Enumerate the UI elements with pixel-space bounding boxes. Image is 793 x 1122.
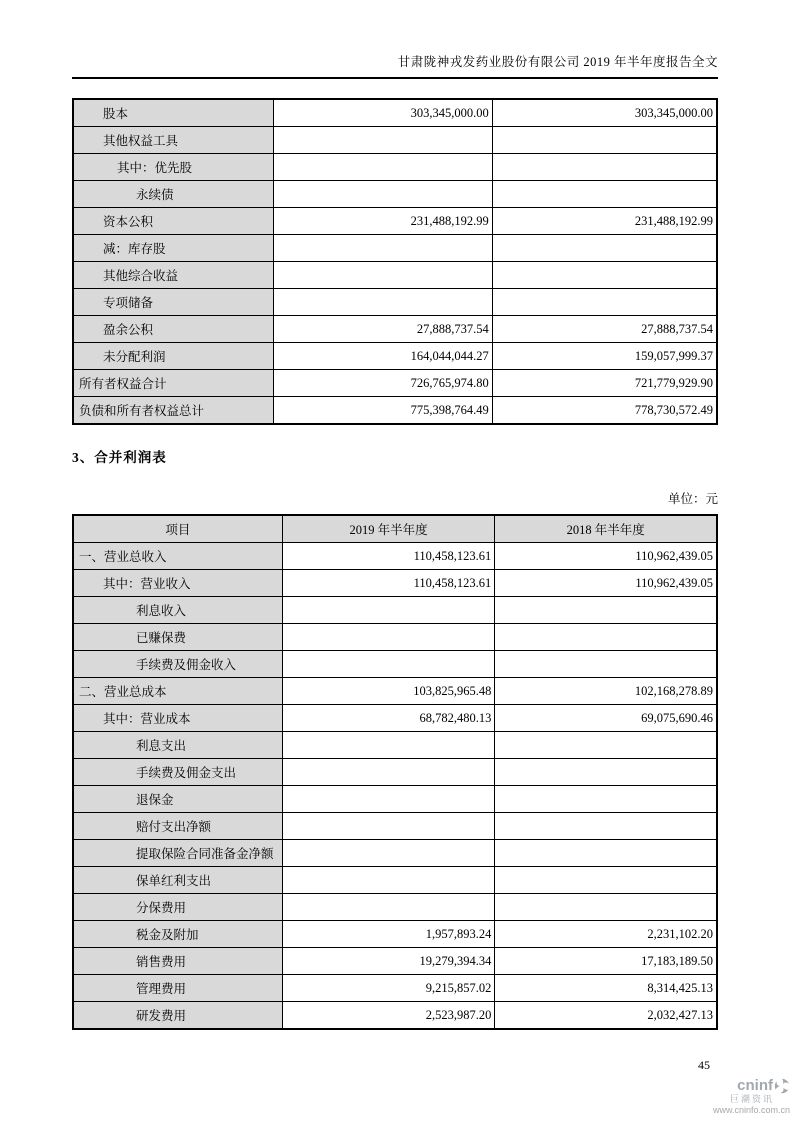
row-label-cell: 所有者权益合计 — [73, 370, 274, 397]
value-cell-current-period — [282, 732, 495, 759]
table-row: 提取保险合同准备金净额 — [73, 840, 717, 867]
table-row: 税金及附加1,957,893.242,231,102.20 — [73, 921, 717, 948]
row-label-cell: 一、营业总收入 — [73, 543, 282, 570]
table-row: 保单红利支出 — [73, 867, 717, 894]
table-row: 资本公积231,488,192.99231,488,192.99 — [73, 208, 717, 235]
unit-label: 单位：元 — [72, 489, 718, 507]
section-heading: 3、合并利润表 — [72, 446, 718, 466]
value-cell-prior-period: 110,962,439.05 — [495, 570, 717, 597]
value-cell-prior-period: 69,075,690.46 — [495, 705, 717, 732]
table-row: 其中：优先股 — [73, 154, 717, 181]
row-label-cell: 盈余公积 — [73, 316, 274, 343]
value-cell-current-period — [282, 786, 495, 813]
value-cell-prior-period — [495, 624, 717, 651]
row-label-cell: 分保费用 — [73, 894, 282, 921]
table-row: 退保金 — [73, 786, 717, 813]
value-cell-current-period: 110,458,123.61 — [282, 543, 495, 570]
row-label-cell: 赔付支出净额 — [73, 813, 282, 840]
cninfo-logo: cninf 巨潮资讯 www.cninfo.com.cn — [704, 1077, 790, 1115]
table-row: 利息收入 — [73, 597, 717, 624]
table-row: 已赚保费 — [73, 624, 717, 651]
value-cell-prior-period — [495, 813, 717, 840]
column-header: 2018 年半年度 — [495, 515, 717, 543]
table-row: 赔付支出净额 — [73, 813, 717, 840]
value-cell-prior-period: 159,057,999.37 — [492, 343, 717, 370]
value-cell-prior-period — [492, 127, 717, 154]
cninfo-swirl-icon — [774, 1078, 790, 1094]
row-label-cell: 利息收入 — [73, 597, 282, 624]
value-cell-current-period: 103,825,965.48 — [282, 678, 495, 705]
row-label-cell: 研发费用 — [73, 1002, 282, 1030]
table-row: 研发费用2,523,987.202,032,427.13 — [73, 1002, 717, 1030]
income-statement-table: 项目2019 年半年度2018 年半年度一、营业总收入110,458,123.6… — [72, 514, 718, 1030]
table-row: 一、营业总收入110,458,123.61110,962,439.05 — [73, 543, 717, 570]
value-cell-current-period — [274, 289, 492, 316]
table-row: 所有者权益合计726,765,974.80721,779,929.90 — [73, 370, 717, 397]
value-cell-prior-period — [495, 597, 717, 624]
row-label-cell: 其中：营业成本 — [73, 705, 282, 732]
value-cell-prior-period — [495, 732, 717, 759]
row-label-cell: 利息支出 — [73, 732, 282, 759]
table-row: 管理费用9,215,857.028,314,425.13 — [73, 975, 717, 1002]
value-cell-prior-period: 778,730,572.49 — [492, 397, 717, 425]
cninfo-brand-text: cninf — [737, 1077, 773, 1094]
table-row: 股本303,345,000.00303,345,000.00 — [73, 99, 717, 127]
row-label-cell: 手续费及佣金收入 — [73, 651, 282, 678]
row-label-cell: 税金及附加 — [73, 921, 282, 948]
value-cell-prior-period — [492, 154, 717, 181]
equity-balance-table: 股本303,345,000.00303,345,000.00其他权益工具其中：优… — [72, 98, 718, 425]
page-number: 45 — [72, 1058, 718, 1073]
value-cell-current-period — [282, 651, 495, 678]
value-cell-current-period: 2,523,987.20 — [282, 1002, 495, 1030]
row-label-cell: 其他权益工具 — [73, 127, 274, 154]
value-cell-prior-period: 17,183,189.50 — [495, 948, 717, 975]
column-header: 2019 年半年度 — [282, 515, 495, 543]
value-cell-prior-period: 721,779,929.90 — [492, 370, 717, 397]
value-cell-current-period: 726,765,974.80 — [274, 370, 492, 397]
value-cell-current-period: 68,782,480.13 — [282, 705, 495, 732]
row-label-cell: 减：库存股 — [73, 235, 274, 262]
value-cell-current-period: 303,345,000.00 — [274, 99, 492, 127]
table-row: 利息支出 — [73, 732, 717, 759]
value-cell-current-period: 19,279,394.34 — [282, 948, 495, 975]
row-label-cell: 股本 — [73, 99, 274, 127]
value-cell-current-period — [282, 624, 495, 651]
row-label-cell: 其中：营业收入 — [73, 570, 282, 597]
value-cell-current-period: 110,458,123.61 — [282, 570, 495, 597]
value-cell-prior-period: 8,314,425.13 — [495, 975, 717, 1002]
row-label-cell: 手续费及佣金支出 — [73, 759, 282, 786]
value-cell-current-period — [274, 154, 492, 181]
row-label-cell: 保单红利支出 — [73, 867, 282, 894]
value-cell-prior-period: 2,231,102.20 — [495, 921, 717, 948]
table-row: 其中：营业收入110,458,123.61110,962,439.05 — [73, 570, 717, 597]
value-cell-prior-period — [492, 262, 717, 289]
value-cell-current-period — [282, 867, 495, 894]
value-cell-current-period — [274, 181, 492, 208]
value-cell-prior-period — [492, 235, 717, 262]
table-row: 手续费及佣金支出 — [73, 759, 717, 786]
row-label-cell: 未分配利润 — [73, 343, 274, 370]
value-cell-current-period — [282, 759, 495, 786]
row-label-cell: 负债和所有者权益总计 — [73, 397, 274, 425]
value-cell-prior-period — [495, 759, 717, 786]
table-row: 负债和所有者权益总计775,398,764.49778,730,572.49 — [73, 397, 717, 425]
table-row: 分保费用 — [73, 894, 717, 921]
value-cell-prior-period — [495, 894, 717, 921]
column-header: 项目 — [73, 515, 282, 543]
table-row: 其他综合收益 — [73, 262, 717, 289]
value-cell-prior-period — [492, 181, 717, 208]
row-label-cell: 其他综合收益 — [73, 262, 274, 289]
row-label-cell: 销售费用 — [73, 948, 282, 975]
table-row: 其中：营业成本68,782,480.1369,075,690.46 — [73, 705, 717, 732]
value-cell-current-period — [282, 813, 495, 840]
value-cell-current-period: 231,488,192.99 — [274, 208, 492, 235]
table-row: 二、营业总成本103,825,965.48102,168,278.89 — [73, 678, 717, 705]
value-cell-prior-period — [495, 867, 717, 894]
table-row: 盈余公积27,888,737.5427,888,737.54 — [73, 316, 717, 343]
table-row: 销售费用19,279,394.3417,183,189.50 — [73, 948, 717, 975]
row-label-cell: 已赚保费 — [73, 624, 282, 651]
table-row: 专项储备 — [73, 289, 717, 316]
value-cell-prior-period — [495, 840, 717, 867]
value-cell-prior-period: 303,345,000.00 — [492, 99, 717, 127]
row-label-cell: 专项储备 — [73, 289, 274, 316]
table-row: 永续债 — [73, 181, 717, 208]
value-cell-current-period — [274, 262, 492, 289]
value-cell-current-period — [282, 894, 495, 921]
value-cell-current-period: 27,888,737.54 — [274, 316, 492, 343]
row-label-cell: 提取保险合同准备金净额 — [73, 840, 282, 867]
row-label-cell: 退保金 — [73, 786, 282, 813]
value-cell-prior-period — [492, 289, 717, 316]
value-cell-current-period — [282, 597, 495, 624]
value-cell-current-period: 775,398,764.49 — [274, 397, 492, 425]
table-row: 未分配利润164,044,044.27159,057,999.37 — [73, 343, 717, 370]
value-cell-current-period: 1,957,893.24 — [282, 921, 495, 948]
table-row: 手续费及佣金收入 — [73, 651, 717, 678]
cninfo-brand-cn: 巨潮资讯 — [704, 1094, 790, 1104]
row-label-cell: 永续债 — [73, 181, 274, 208]
header-row: 项目2019 年半年度2018 年半年度 — [73, 515, 717, 543]
value-cell-prior-period: 110,962,439.05 — [495, 543, 717, 570]
cninfo-url: www.cninfo.com.cn — [704, 1105, 790, 1115]
row-label-cell: 二、营业总成本 — [73, 678, 282, 705]
value-cell-prior-period: 27,888,737.54 — [492, 316, 717, 343]
value-cell-current-period — [274, 235, 492, 262]
row-label-cell: 资本公积 — [73, 208, 274, 235]
cninfo-brand-row: cninf — [704, 1077, 790, 1094]
value-cell-prior-period: 102,168,278.89 — [495, 678, 717, 705]
value-cell-current-period — [274, 127, 492, 154]
table-row: 减：库存股 — [73, 235, 717, 262]
value-cell-prior-period — [495, 651, 717, 678]
value-cell-current-period — [282, 840, 495, 867]
value-cell-prior-period: 231,488,192.99 — [492, 208, 717, 235]
value-cell-current-period: 164,044,044.27 — [274, 343, 492, 370]
row-label-cell: 管理费用 — [73, 975, 282, 1002]
value-cell-current-period: 9,215,857.02 — [282, 975, 495, 1002]
value-cell-prior-period: 2,032,427.13 — [495, 1002, 717, 1030]
report-header-title: 甘肃陇神戎发药业股份有限公司 2019 年半年度报告全文 — [72, 52, 718, 79]
value-cell-prior-period — [495, 786, 717, 813]
report-page: 甘肃陇神戎发药业股份有限公司 2019 年半年度报告全文 股本303,345,0… — [0, 0, 793, 1122]
table-row: 其他权益工具 — [73, 127, 717, 154]
row-label-cell: 其中：优先股 — [73, 154, 274, 181]
